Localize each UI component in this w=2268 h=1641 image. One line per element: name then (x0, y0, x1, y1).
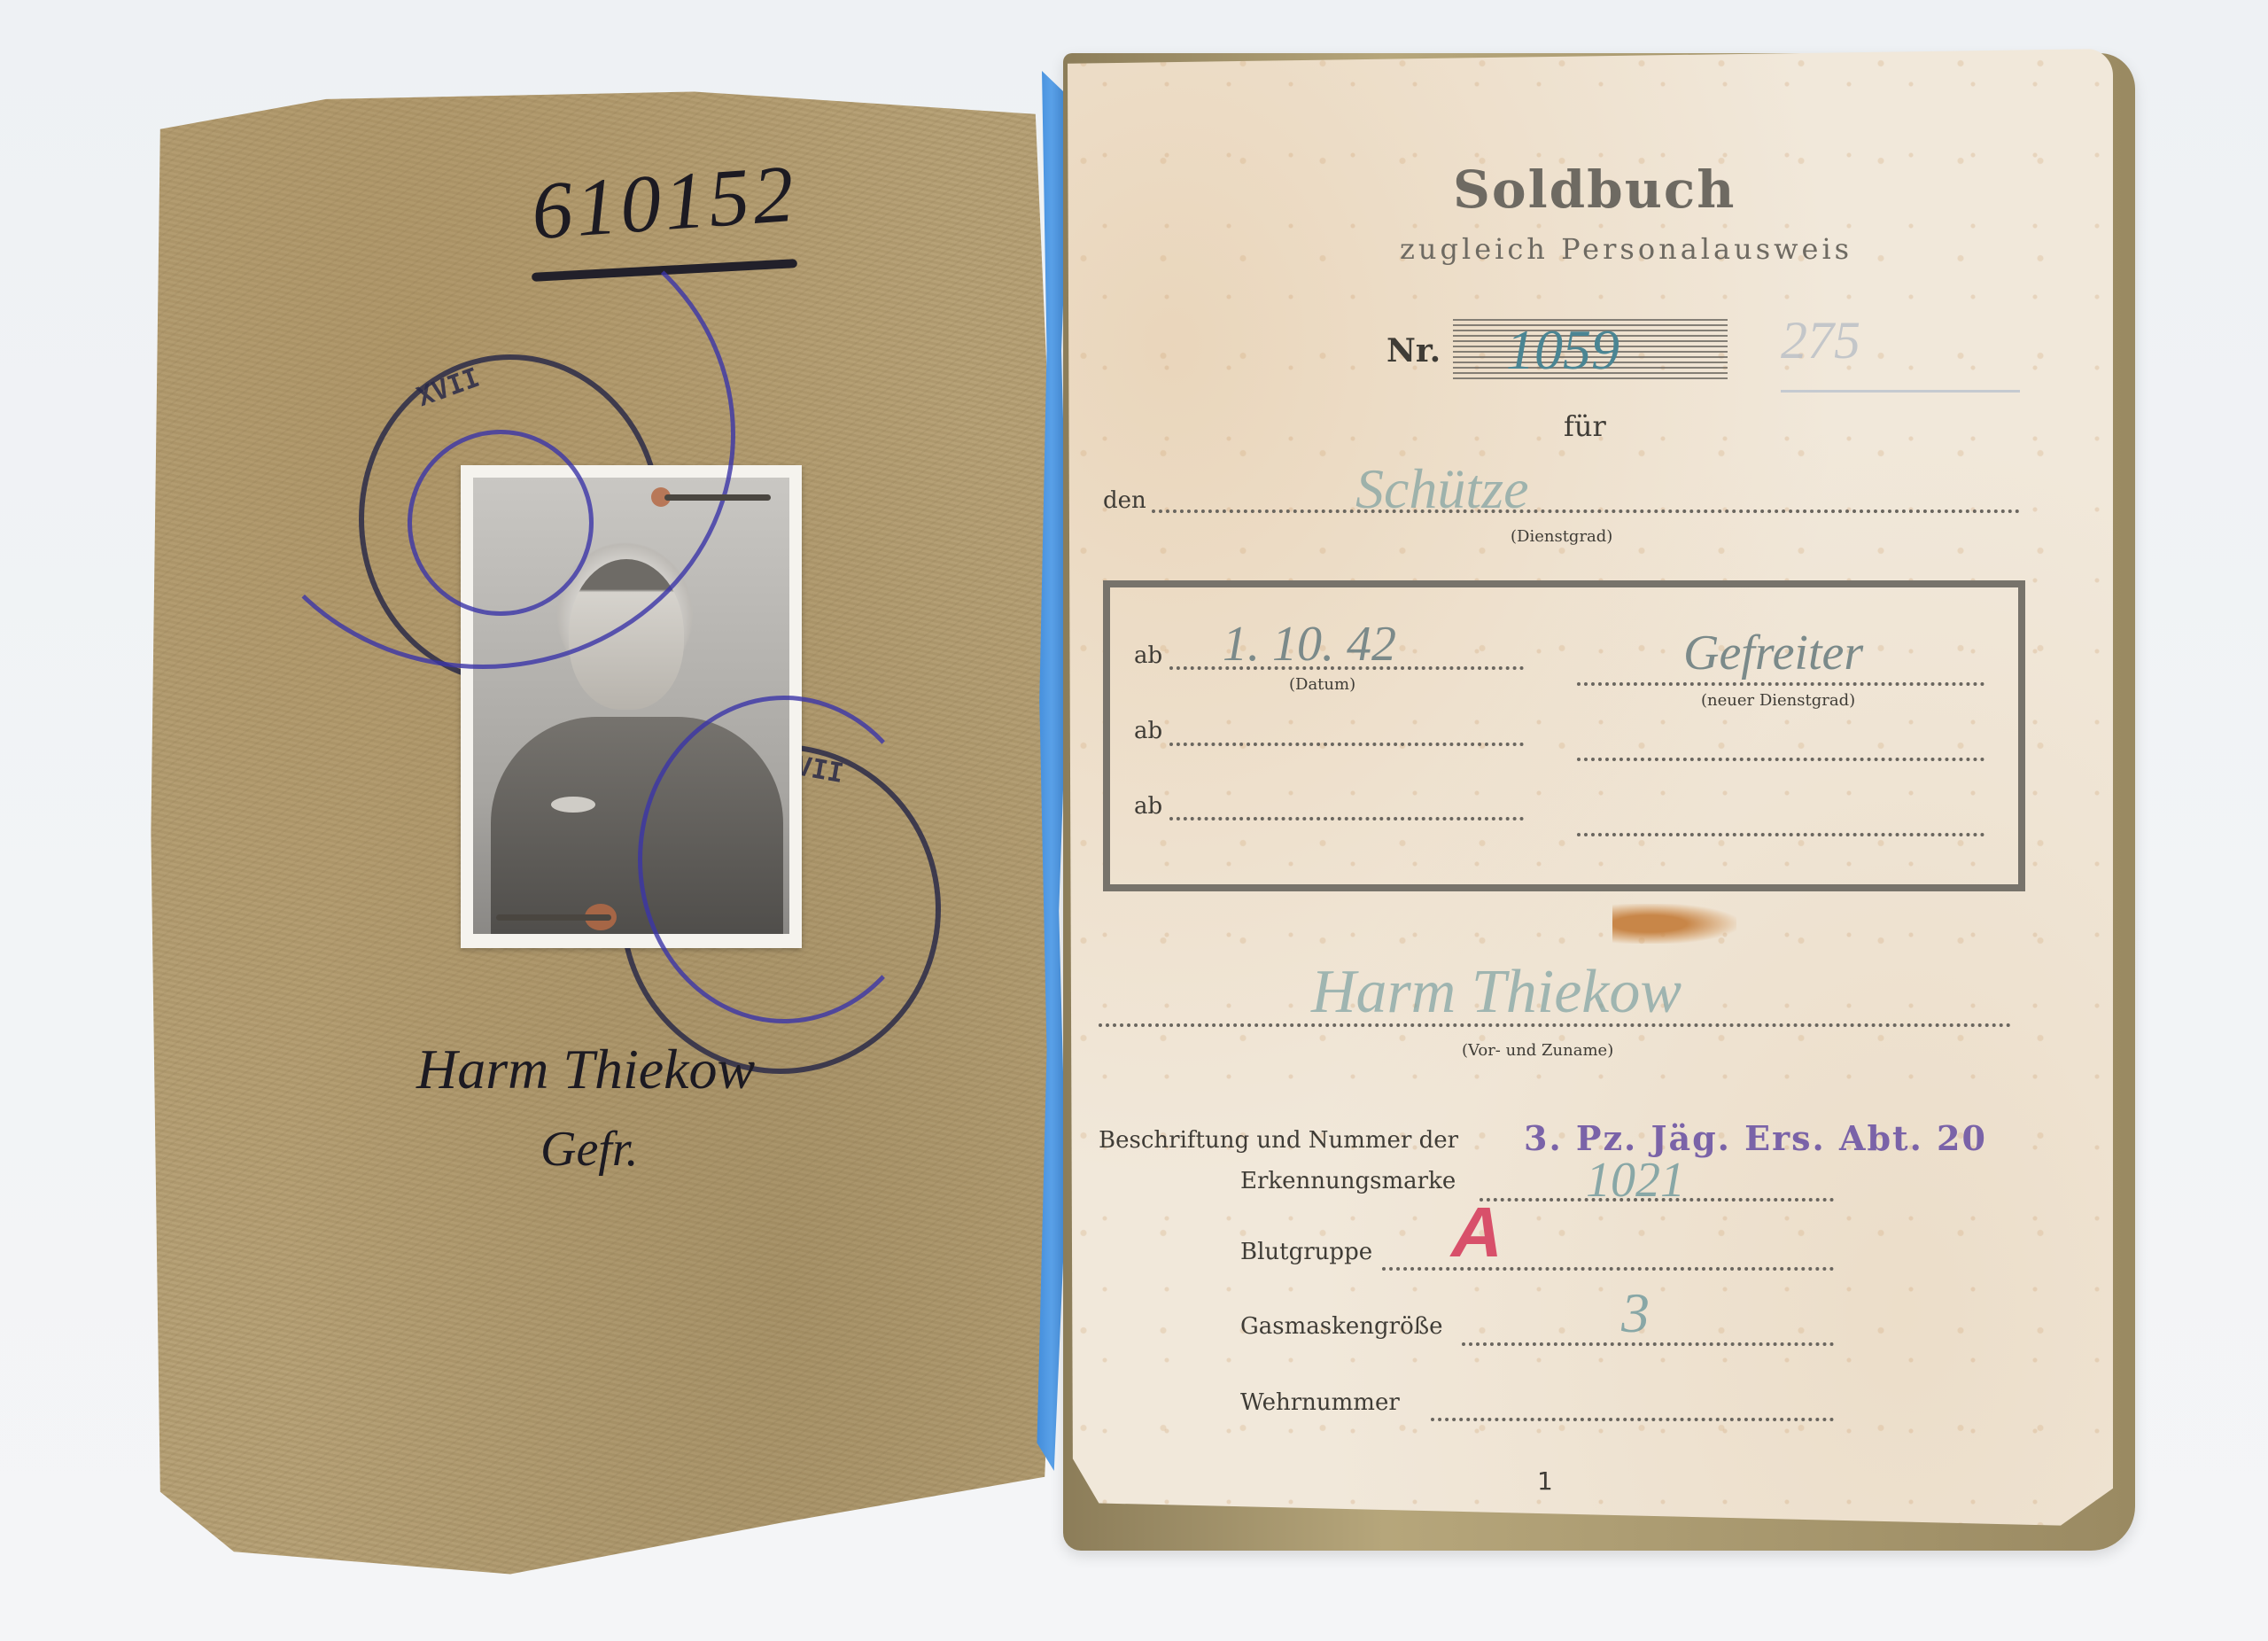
id-tag-label-line2: Erkennungsmarke (1240, 1168, 1456, 1194)
promotion-row-1-rank-line (1577, 682, 1984, 686)
promotion-row-3-rank-line (1577, 833, 1984, 836)
promotion-row-1-label: ab (1134, 642, 1162, 669)
eagle-insignia-icon (551, 797, 595, 813)
nr-faint-value: 275 (1781, 310, 1860, 371)
date-caption: (Datum) (1289, 675, 1355, 694)
rust-stain (1612, 904, 1736, 944)
id-tag-label-line1: Beschriftung und Nummer der (1099, 1127, 1458, 1154)
rank-caption: (Dienstgrad) (1511, 527, 1612, 546)
signature-rank: Gefr. (540, 1121, 638, 1178)
wehrnummer-label: Wehrnummer (1240, 1389, 1400, 1416)
id-tag-number: 1021 (1586, 1152, 1685, 1209)
promotion-row-1-date: 1. 10. 42 (1223, 616, 1396, 673)
promotion-row-2-label: ab (1134, 718, 1162, 744)
nr-value: 1059 (1506, 317, 1619, 383)
gasmask-label: Gasmaskengröße (1240, 1313, 1442, 1340)
name-caption: (Vor- und Zuname) (1462, 1041, 1613, 1060)
den-label: den (1103, 487, 1146, 514)
document-subtitle: zugleich Personalausweis (1400, 232, 1852, 266)
gasmask-value: 3 (1621, 1280, 1650, 1346)
rank-dotted-line (1152, 509, 2020, 513)
promotion-row-3-date-line (1169, 817, 1524, 820)
staple-bottom (496, 914, 611, 921)
nr-label: Nr. (1386, 332, 1441, 369)
fuer-label: für (1564, 409, 1606, 443)
name-handwritten: Harm Thiekow (1311, 957, 1682, 1028)
name-dotted-line (1099, 1023, 2011, 1027)
signature-name: Harm Thiekow (416, 1037, 755, 1102)
page-number: 1 (1537, 1466, 1553, 1496)
promotion-row-3-label: ab (1134, 793, 1162, 820)
violet-stamp-arc-bottom (638, 696, 930, 1023)
staple-top (664, 494, 771, 501)
rank-handwritten: Schütze (1355, 456, 1529, 522)
promotion-row-2-rank-line (1577, 758, 1984, 761)
nr-faint-underline (1781, 390, 2020, 393)
new-rank-caption: (neuer Dienstgrad) (1701, 691, 1855, 710)
wehrnummer-dotted-line (1431, 1418, 1834, 1421)
blood-group-label: Blutgruppe (1240, 1239, 1372, 1265)
promotion-row-1-rank: Gefreiter (1683, 625, 1863, 681)
violet-stamp-arc-top (230, 199, 735, 669)
promotion-row-2-date-line (1169, 743, 1524, 746)
document-title: Soldbuch (1453, 159, 1736, 220)
portrait-photo (461, 465, 802, 948)
